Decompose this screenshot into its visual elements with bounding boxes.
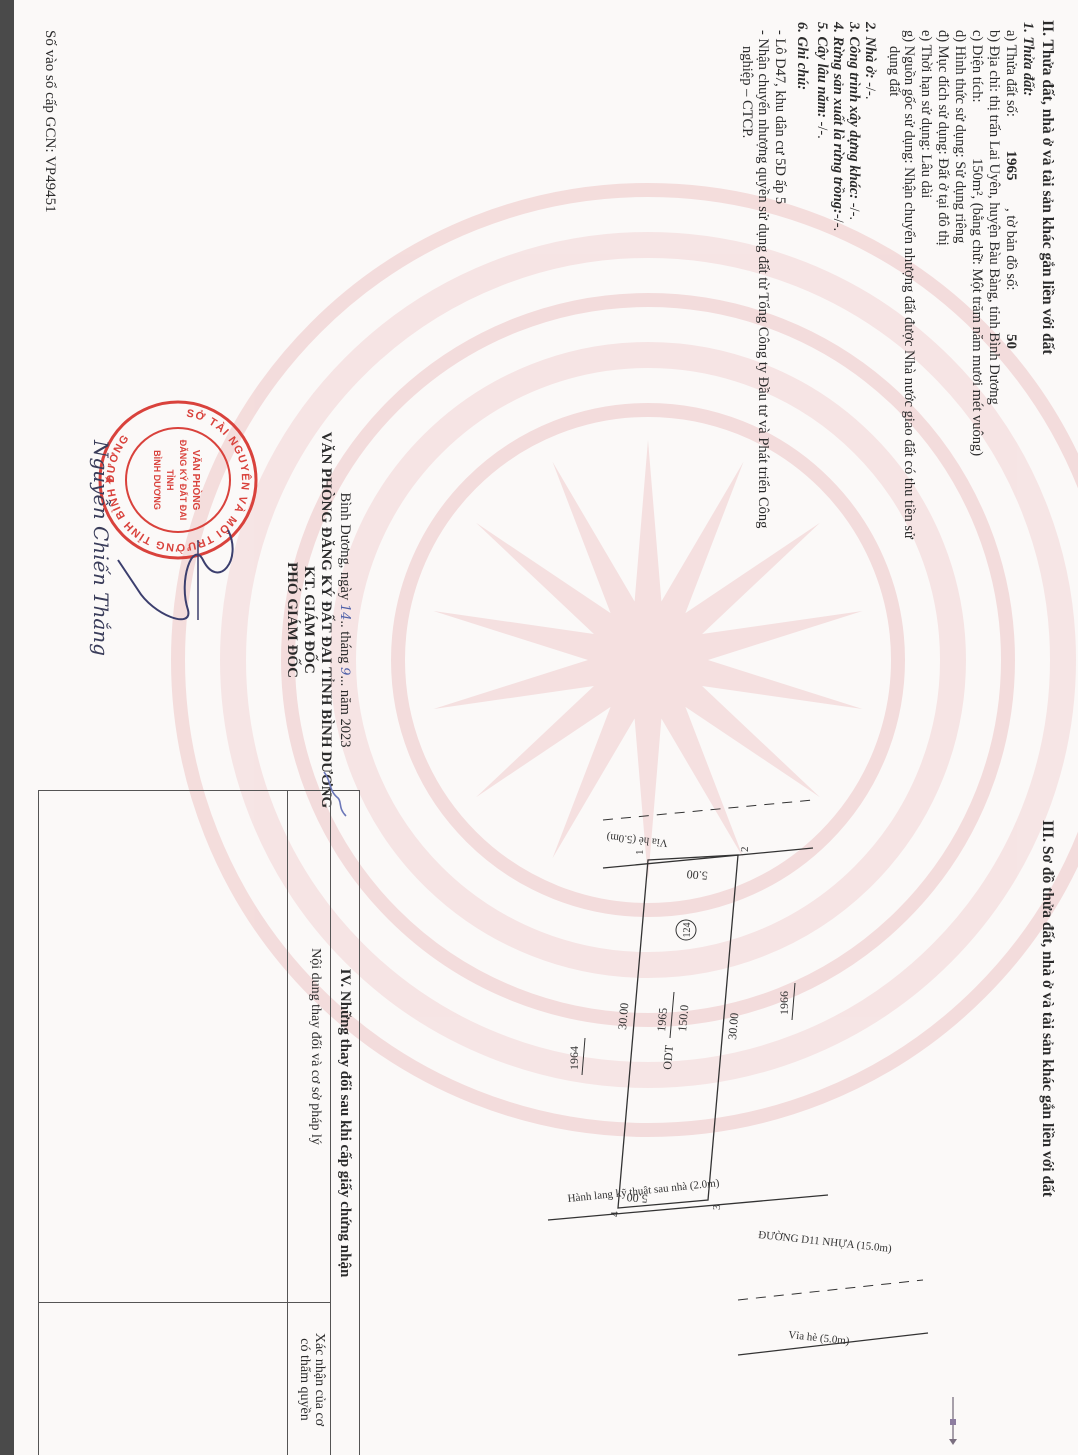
diagram-parcel-number: 1965 <box>654 1007 670 1032</box>
area-label: c) Diện tích: <box>969 30 985 102</box>
corner-point: 1 <box>634 850 646 856</box>
usage-origin: g) Nguồn gốc sử dụng: Nhận chuyển nhượng… <box>900 30 917 539</box>
corner-point: 2 <box>739 847 751 853</box>
forest-heading: 4. Rừng sản xuất là rừng trồng: <box>830 22 846 214</box>
house-heading: 2. Nhà ở: <box>862 22 878 79</box>
area-value: 150m², (bằng chữ: Một trăm năm mươi mét … <box>969 158 985 456</box>
registration-number: Số vào sổ cấp GCN: VP49451 <box>41 30 58 213</box>
map-sheet-label: , tờ bản đồ số: <box>1003 208 1019 290</box>
note-item: nghiệp – CTCP. <box>738 46 755 138</box>
road-diagram: ĐƯỜNG D11 NHỰA (15.0m) Vỉa hè (5.0m) <box>718 1180 938 1450</box>
seal-inner-line: BÌNH DƯƠNG <box>152 450 162 510</box>
seal-inner-line: TỈNH <box>165 470 176 491</box>
ink-initial-mark <box>318 770 348 820</box>
land-parcel-heading: 1. Thửa đất: <box>1019 22 1036 96</box>
house-row: 2. Nhà ở: -/-. <box>861 22 878 99</box>
section-iv-title: IV. Những thay đổi sau khi cấp giấy chứn… <box>336 791 353 1455</box>
issue-year: năm 2023 <box>337 690 353 748</box>
notes-heading: 6. Ghi chú: <box>793 22 810 90</box>
handwritten-signature <box>98 520 248 640</box>
forest-row: 4. Rừng sản xuất là rừng trồng:-/-. <box>829 22 846 231</box>
side-length: 30.00 <box>615 1002 631 1030</box>
usage-form: d) Hình thức sử dụng: Sử dụng riêng <box>951 30 968 243</box>
column-header-line: Xác nhận của cơ <box>312 1303 327 1455</box>
area-row: c) Diện tích: 150m², (bằng chữ: Một trăm… <box>968 30 985 456</box>
column-header: Nội dung thay đổi và cơ sở pháp lý <box>307 791 323 1302</box>
month-prefix: tháng <box>337 631 353 663</box>
other-constructions-value: -/-. <box>846 199 862 220</box>
address: b) Địa chỉ: thị trấn Lai Uyên, huyện Bàu… <box>985 30 1002 405</box>
signer-role-2: PHÓ GIÁM ĐỐC <box>283 380 300 860</box>
signer-name: Nguyễn Chiến Thắng <box>89 440 113 656</box>
changes-content-cell <box>39 791 287 1303</box>
note-item: - Nhận chuyển nhượng quyền sử dụng đất t… <box>754 30 771 528</box>
parcel-number-row: a) Thửa đất số: 1965 , tờ bản đồ số: 50 <box>1002 30 1019 349</box>
perennial-row: 5. Cây lâu năm: -/-. <box>813 22 830 139</box>
note-item: - Lô D47, khu dân cư 5D ấp 5 <box>771 30 788 204</box>
usage-purpose: đ) Mục đích sử dụng: Đất ở tại đô thị <box>934 30 951 246</box>
neighbor-parcel: 1966 <box>777 991 791 1015</box>
usage-term: e) Thời hạn sử dụng: Lâu dài <box>917 30 934 198</box>
changes-confirm-cell <box>39 1303 287 1455</box>
side-length: 5.00 <box>626 1190 648 1206</box>
perennial-heading: 5. Cây lâu năm: <box>814 22 830 118</box>
forest-value: -/-. <box>830 214 846 231</box>
other-constructions-row: 3. Công trình xây dựng khác: -/-. <box>845 22 862 220</box>
certificate-page: II. Thửa đất, nhà ở và tài sản khác gắn … <box>14 0 1078 1455</box>
changes-col-confirm-header: Xác nhận của cơ có thẩm quyền <box>287 1303 331 1455</box>
column-header-line: có thẩm quyền <box>297 1303 312 1455</box>
lot-marker: 124 <box>682 923 693 938</box>
house-value: -/-. <box>862 79 878 100</box>
side-length: 5.00 <box>686 867 708 883</box>
road-label: ĐƯỜNG D11 NHỰA (15.0m) <box>758 1229 893 1255</box>
usage-origin-cont: dụng đất <box>885 46 902 96</box>
parcel-number: 1965 <box>1003 151 1019 181</box>
sidewalk-label: Vỉa hè (5.0m) <box>606 831 669 849</box>
parcel-label: a) Thửa đất số: <box>1003 30 1019 117</box>
other-constructions-heading: 3. Công trình xây dựng khác: <box>846 22 862 199</box>
changes-table: IV. Những thay đổi sau khi cấp giấy chứn… <box>38 790 360 1455</box>
date-prefix: Bình Dương, ngày <box>337 492 353 600</box>
neighbor-parcel: 1964 <box>567 1046 581 1070</box>
north-arrow-icon <box>943 1395 963 1445</box>
map-sheet-number: 50 <box>1003 334 1019 349</box>
perennial-value: -/-. <box>814 118 830 139</box>
diagram-parcel-area: 150.0 <box>675 1004 691 1032</box>
side-length: 30.00 <box>725 1012 741 1040</box>
section-ii-title: II. Thửa đất, nhà ở và tài sản khác gắn … <box>1038 20 1056 355</box>
seal-inner-line: VĂN PHÒNG <box>190 450 203 511</box>
corner-point: 4 <box>609 1211 621 1217</box>
seal-inner-line: ĐĂNG KÝ ĐẤT ĐAI <box>178 440 189 521</box>
sidewalk-label: Vỉa hè (5.0m) <box>788 1329 851 1347</box>
changes-col-content-header: Nội dung thay đổi và cơ sở pháp lý <box>287 791 331 1303</box>
issue-day: 14 <box>337 604 352 621</box>
issue-month: 9 <box>337 667 352 675</box>
section-iii-title: III. Sơ đồ thửa đất, nhà ở và tài sản kh… <box>1038 820 1056 1197</box>
parcel-code: ODT <box>660 1044 676 1070</box>
signer-role-1: KT. GIÁM ĐỐC <box>300 380 317 860</box>
changes-table-title-row: IV. Những thay đổi sau khi cấp giấy chứn… <box>330 791 359 1455</box>
